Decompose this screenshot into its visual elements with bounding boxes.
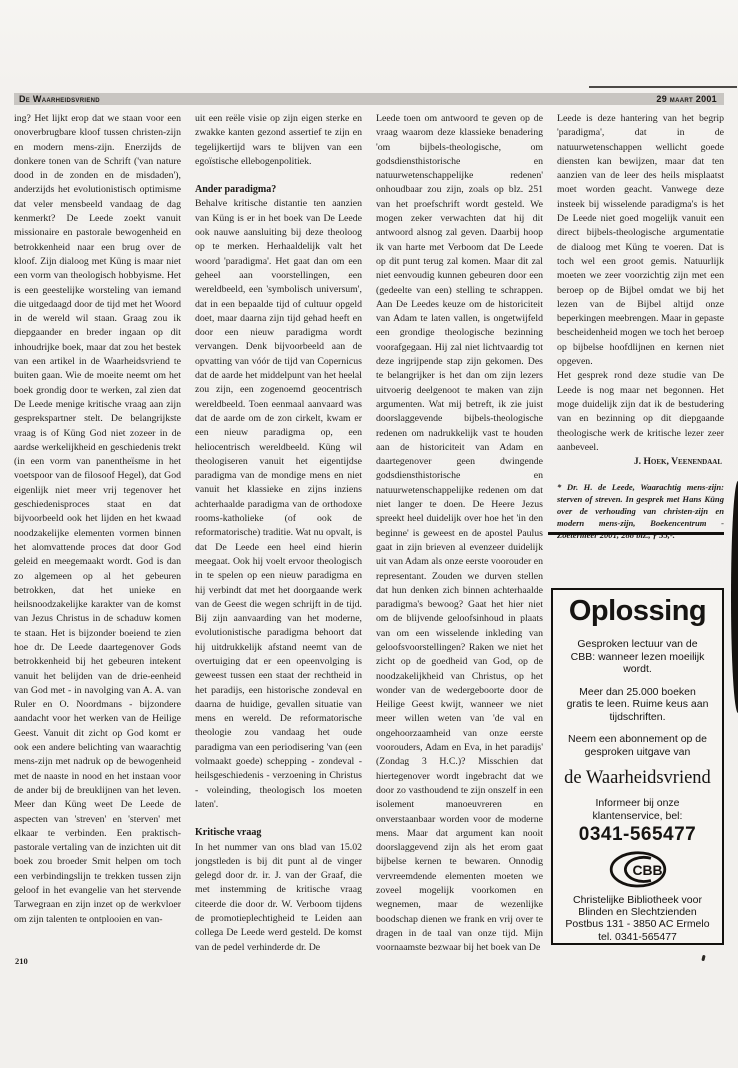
column2-paragraph: In het nummer van ons blad van 15.02 jon… (195, 841, 362, 955)
advert-org-line: Blinden en Slechtzienden (565, 906, 709, 918)
column2-intro: uit een reële visie op zijn eigen sterke… (195, 112, 362, 169)
advert-org-line: Christelijke Bibliotheek voor (565, 894, 709, 906)
advert-org-line: Postbus 131 - 3850 AC Ermelo (565, 918, 709, 930)
page-number: 210 (15, 956, 28, 966)
column4-paragraph: Leede is deze hantering van het begrip '… (557, 112, 724, 369)
author-signature: J. Hoek, Veenendaal (557, 455, 724, 469)
advert-organisation-block: Christelijke Bibliotheek voor Blinden en… (565, 894, 709, 943)
magazine-page-scan: De Waarheidsvriend 29 maart 2001 ing? He… (0, 0, 738, 1068)
issue-date: 29 maart 2001 (656, 94, 717, 104)
column3-text: Leede toen om antwoord te geven op de vr… (376, 112, 543, 956)
advert-title: Oplossing (569, 595, 706, 628)
column4-paragraph: Het gesprek rond deze studie van De Leed… (557, 369, 724, 455)
advertisement-cbb: Oplossing Gesproken lectuur van de CBB: … (551, 588, 724, 945)
waarheidsvriend-masthead: de Waarheidsvriend (564, 768, 711, 789)
cbb-logo-text: CBB (632, 862, 662, 878)
advert-body-line: Neem een abonnement op de gesproken uitg… (553, 733, 722, 758)
top-right-rule (589, 86, 737, 88)
column1-text: ing? Het lijkt erop dat we staan voor ee… (14, 112, 181, 927)
cbb-logo-icon: CBB (606, 850, 670, 889)
article-column-3: Leede toen om antwoord te geven op de vr… (376, 112, 543, 964)
advert-org-line: tel. 0341-565477 (565, 931, 709, 943)
advert-contact-line: Informeer bij onze klantenservice, bel: (553, 797, 722, 822)
section-heading-kritische-vraag: Kritische vraag (195, 826, 362, 840)
advert-separator-rule (548, 532, 724, 535)
advert-phone-number: 0341-565477 (579, 824, 697, 846)
advert-body-line: Meer dan 25.000 boeken gratis te leen. R… (553, 686, 722, 724)
article-column-1: ing? Het lijkt erop dat we staan voor ee… (14, 112, 181, 964)
publication-title: De Waarheidsvriend (19, 94, 100, 104)
column2-paragraph: Behalve kritische distantie ten aanzien … (195, 197, 362, 812)
scan-edge-artifact (731, 481, 738, 713)
advert-body-line: Gesproken lectuur van de CBB: wanneer le… (553, 638, 722, 676)
article-column-2: uit een reële visie op zijn eigen sterke… (195, 112, 362, 964)
page-header-bar: De Waarheidsvriend 29 maart 2001 (14, 93, 724, 105)
section-heading-ander-paradigma: Ander paradigma? (195, 183, 362, 197)
